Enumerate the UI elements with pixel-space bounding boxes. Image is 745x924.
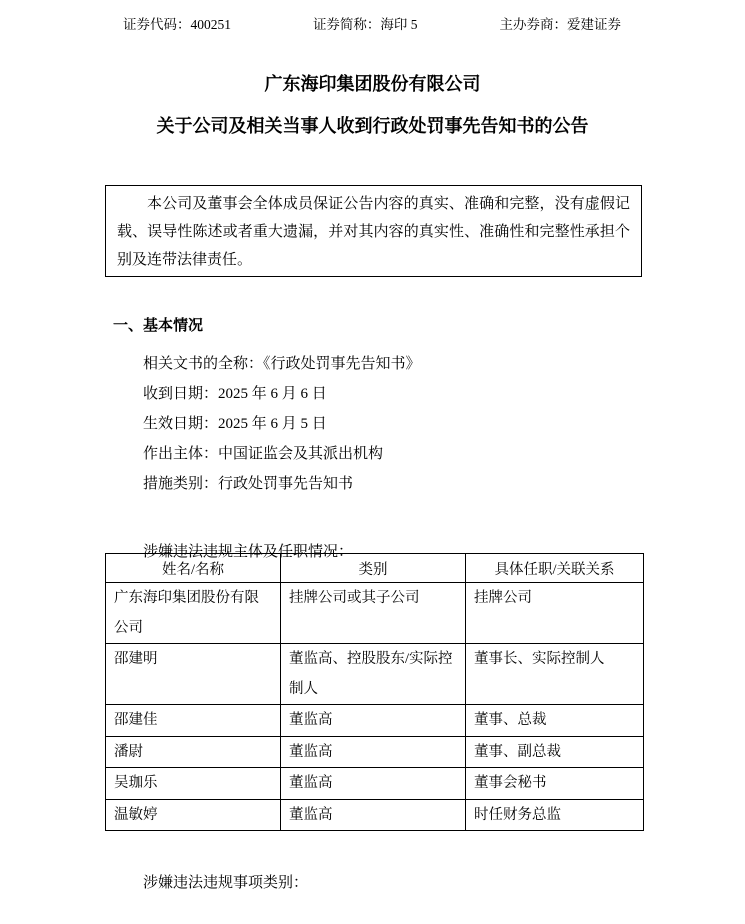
table-cell-name: 吴珈乐 — [106, 768, 281, 800]
table-cell-category: 董监高 — [281, 736, 466, 768]
table-cell-name: 广东海印集团股份有限公司 — [106, 583, 281, 644]
info-item-issuing-authority: 作出主体：中国证监会及其派出机构 — [143, 439, 643, 469]
table-cell-category: 董监高 — [281, 705, 466, 737]
announcement-document-page: 证券代码：400251 证券简称：海印 5 主办券商：爱建证券 广东海印集团股份… — [0, 0, 745, 924]
securities-abbr-text: 证券简称：海印 5 — [313, 17, 418, 33]
company-name-title: 广东海印集团股份有限公司 — [0, 72, 745, 96]
table-cell-category: 董监高 — [281, 799, 466, 831]
table-cell-name: 邵建佳 — [106, 705, 281, 737]
table-cell-name: 温敏婷 — [106, 799, 281, 831]
violation-category-caption: 涉嫌违法违规事项类别： — [143, 873, 308, 893]
table-row: 潘尉 董监高 董事、副总裁 — [106, 736, 644, 768]
info-item-effective-date: 生效日期：2025 年 6 月 5 日 — [143, 409, 643, 439]
info-item-measure-category: 措施类别：行政处罚事先告知书 — [143, 469, 643, 499]
table-header-row: 姓名/名称 类别 具体任职/关联关系 — [106, 554, 644, 583]
table-header-position: 具体任职/关联关系 — [466, 554, 644, 583]
table-row: 邵建明 董监高、控股股东/实际控制人 董事长、实际控制人 — [106, 644, 644, 705]
table-cell-name: 潘尉 — [106, 736, 281, 768]
table-cell-category: 董监高 — [281, 768, 466, 800]
table-header-category: 类别 — [281, 554, 466, 583]
basic-info-list: 相关文书的全称：《行政处罚事先告知书》 收到日期：2025 年 6 月 6 日 … — [143, 349, 643, 499]
info-item-receive-date: 收到日期：2025 年 6 月 6 日 — [143, 379, 643, 409]
disclaimer-text: 本公司及董事会全体成员保证公告内容的真实、准确和完整，没有虚假记载、误导性陈述或… — [117, 190, 630, 274]
table-cell-category: 挂牌公司或其子公司 — [281, 583, 466, 644]
table-cell-position: 董事、副总裁 — [466, 736, 644, 768]
info-item-document-name: 相关文书的全称：《行政处罚事先告知书》 — [143, 349, 643, 379]
table-header-name: 姓名/名称 — [106, 554, 281, 583]
table-cell-position: 董事、总裁 — [466, 705, 644, 737]
table-cell-position: 挂牌公司 — [466, 583, 644, 644]
disclaimer-box: 本公司及董事会全体成员保证公告内容的真实、准确和完整，没有虚假记载、误导性陈述或… — [105, 185, 642, 277]
securities-info-line: 证券代码：400251 证券简称：海印 5 主办券商：爱建证券 — [123, 17, 621, 33]
table-row: 吴珈乐 董监高 董事会秘书 — [106, 768, 644, 800]
table-cell-category: 董监高、控股股东/实际控制人 — [281, 644, 466, 705]
table-row: 广东海印集团股份有限公司 挂牌公司或其子公司 挂牌公司 — [106, 583, 644, 644]
table-row: 温敏婷 董监高 时任财务总监 — [106, 799, 644, 831]
table-cell-name: 邵建明 — [106, 644, 281, 705]
table-cell-position: 时任财务总监 — [466, 799, 644, 831]
table-cell-position: 董事长、实际控制人 — [466, 644, 644, 705]
section-heading-basic-info: 一、基本情况 — [113, 316, 203, 336]
announcement-title: 关于公司及相关当事人收到行政处罚事先告知书的公告 — [0, 114, 745, 138]
table-row: 邵建佳 董监高 董事、总裁 — [106, 705, 644, 737]
table-cell-position: 董事会秘书 — [466, 768, 644, 800]
sponsor-broker-text: 主办券商：爱建证券 — [500, 17, 622, 33]
subjects-table: 姓名/名称 类别 具体任职/关联关系 广东海印集团股份有限公司 挂牌公司或其子公… — [105, 553, 644, 831]
securities-code-text: 证券代码：400251 — [123, 17, 231, 33]
